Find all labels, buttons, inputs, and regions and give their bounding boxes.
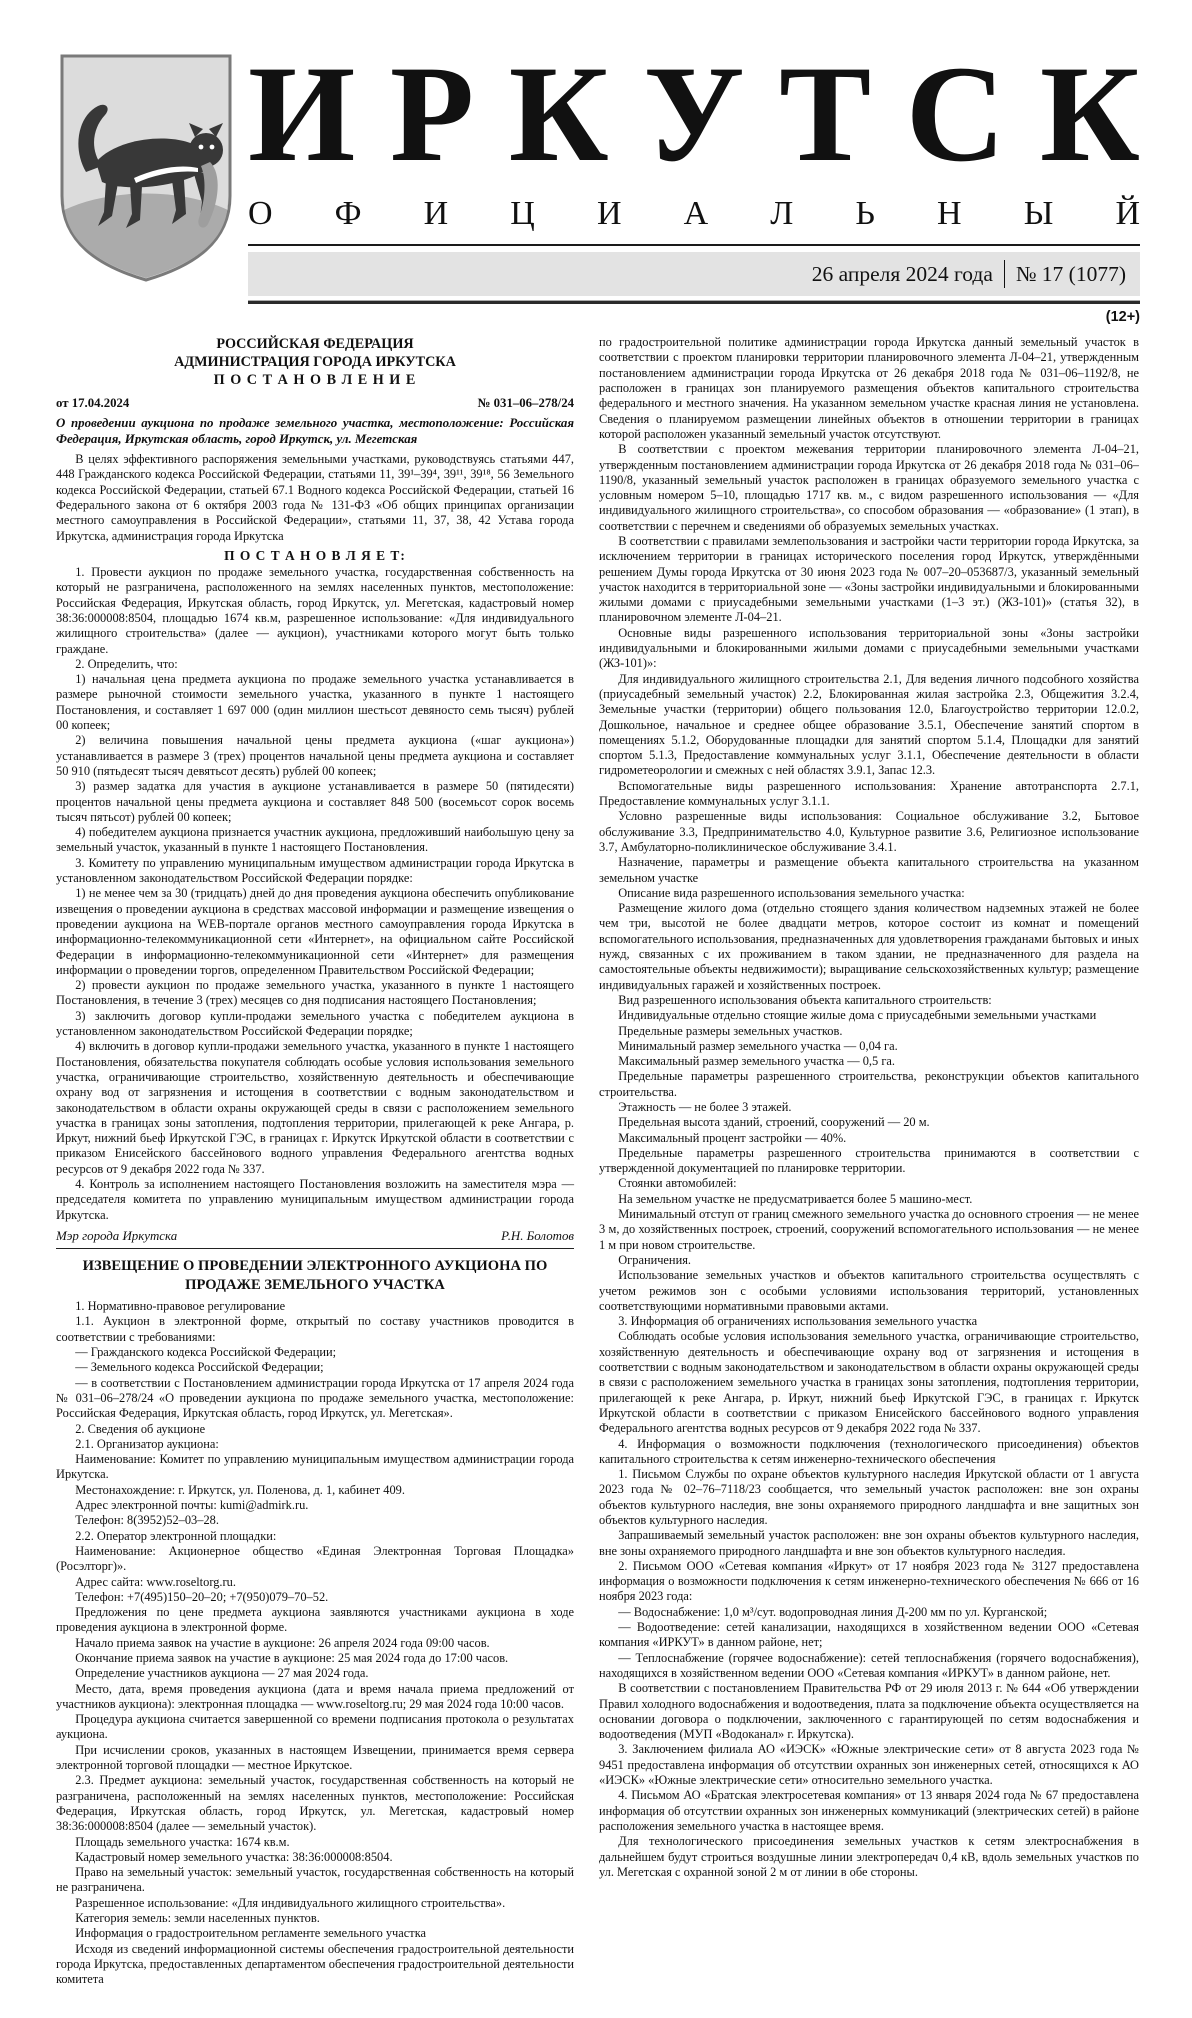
paragraph: Площадь земельного участка: 1674 кв.м.	[56, 1835, 574, 1850]
date-bar: 26 апреля 2024 года № 17 (1077)	[248, 252, 1140, 296]
paragraph: Вспомогательные виды разрешенного исполь…	[599, 779, 1139, 810]
paragraph: Местонахождение: г. Иркутск, ул. Поленов…	[56, 1483, 574, 1498]
signature-row: Мэр города Иркутска Р.Н. Болотов	[56, 1229, 574, 1244]
paragraph: 4) победителем аукциона признается участ…	[56, 825, 574, 856]
age-rating: (12+)	[56, 309, 1140, 325]
paragraph: Соблюдать особые условия использования з…	[599, 1329, 1139, 1436]
paragraph: 4. Информация о возможности подключения …	[599, 1437, 1139, 1468]
paragraph: 3. Комитету по управлению муниципальным …	[56, 856, 574, 887]
paragraph: Предложения по цене предмета аукциона за…	[56, 1605, 574, 1636]
paragraph: 2.1. Организатор аукциона:	[56, 1437, 574, 1452]
paragraph: 1. Письмом Службы по охране объектов кул…	[599, 1467, 1139, 1528]
decree-doc-type: П О С Т А Н О В Л Е Н И Е	[56, 371, 574, 389]
decree-authority: АДМИНИСТРАЦИЯ ГОРОДА ИРКУТСКА	[56, 353, 574, 371]
paragraph: — Водоснабжение: 1,0 м³/сут. водопроводн…	[599, 1605, 1139, 1620]
newspaper-subtitle: ОФИЦИАЛЬНЫЙ	[248, 195, 1140, 232]
paragraph: 2.2. Оператор электронной площадки:	[56, 1529, 574, 1544]
paragraph: 4. Письмом АО «Братская электросетевая к…	[599, 1788, 1139, 1834]
paragraph: Размещение жилого дома (отдельно стоящег…	[599, 901, 1139, 993]
paragraph: 4. Контроль за исполнением настоящего По…	[56, 1177, 574, 1223]
paragraph: 2. Письмом ООО «Сетевая компания «Иркут»…	[599, 1559, 1139, 1605]
masthead-rule	[248, 244, 1140, 246]
paragraph: Предельная высота зданий, строений, соор…	[599, 1115, 1139, 1130]
paragraph: Условно разрешенные виды использования: …	[599, 809, 1139, 855]
paragraph: Предельные размеры земельных участков.	[599, 1024, 1139, 1039]
paragraph: 4) включить в договор купли-продажи земе…	[56, 1039, 574, 1177]
paragraph: по градостроительной политике администра…	[599, 335, 1139, 442]
masthead: ИРКУТСК ОФИЦИАЛЬНЫЙ 26 апреля 2024 года …	[56, 50, 1140, 304]
paragraph: Стоянки автомобилей:	[599, 1176, 1139, 1191]
paragraph: Наименование: Акционерное общество «Един…	[56, 1544, 574, 1575]
paragraph: Назначение, параметры и размещение объек…	[599, 855, 1139, 886]
paragraph: Индивидуальные отдельно стоящие жилые до…	[599, 1008, 1139, 1023]
decree-number: № 031–06–278/24	[478, 396, 574, 411]
paragraph: 1) не менее чем за 30 (тридцать) дней до…	[56, 886, 574, 978]
paragraph: В соответствии с постановлением Правител…	[599, 1681, 1139, 1742]
notice-paragraphs: 1. Нормативно-правовое регулирование1.1.…	[56, 1299, 574, 1987]
date-separator	[1004, 260, 1005, 288]
issue-date: 26 апреля 2024 года	[812, 262, 993, 287]
paragraph: — Водоотведение: сетей канализации, нахо…	[599, 1620, 1139, 1651]
paragraph: Информация о градостроительном регламент…	[56, 1926, 574, 1941]
paragraph: Этажность — не более 3 этажей.	[599, 1100, 1139, 1115]
paragraph: — Теплоснабжение (горячее водоснабжение)…	[599, 1651, 1139, 1682]
paragraph: Адрес сайта: www.roseltorg.ru.	[56, 1575, 574, 1590]
paragraph: Минимальный размер земельного участка — …	[599, 1039, 1139, 1054]
newspaper-title: ИРКУТСК	[248, 44, 1140, 185]
issue-number: № 17 (1077)	[1016, 262, 1126, 287]
newspaper-page: ИРКУТСК ОФИЦИАЛЬНЫЙ 26 апреля 2024 года …	[0, 0, 1192, 2018]
paragraph: Место, дата, время проведения аукциона (…	[56, 1682, 574, 1713]
paragraph: Адрес электронной почты: kumi@admirk.ru.	[56, 1498, 574, 1513]
paragraph: 3) заключить договор купли-продажи земел…	[56, 1009, 574, 1040]
masthead-bottom-rule	[248, 300, 1140, 304]
notice-title: ИЗВЕЩЕНИЕ О ПРОВЕДЕНИИ ЭЛЕКТРОННОГО АУКЦ…	[64, 1257, 566, 1294]
paragraph: Минимальный отступ от границ смежного зе…	[599, 1207, 1139, 1253]
paragraph: 1. Нормативно-правовое регулирование	[56, 1299, 574, 1314]
paragraph: Право на земельный участок: земельный уч…	[56, 1865, 574, 1896]
paragraph: Использование земельных участков и объек…	[599, 1268, 1139, 1314]
paragraph: В соответствии с правилами землепользова…	[599, 534, 1139, 626]
paragraph: 1.1. Аукцион в электронной форме, открыт…	[56, 1314, 574, 1345]
paragraph: 3) размер задатка для участия в аукционе…	[56, 779, 574, 825]
paragraph: Вид разрешенного использования объекта к…	[599, 993, 1139, 1008]
paragraph: Наименование: Комитет по управлению муни…	[56, 1452, 574, 1483]
signature-name: Р.Н. Болотов	[501, 1229, 574, 1244]
paragraph: 2. Определить, что:	[56, 657, 574, 672]
paragraph: 2) провести аукцион по продаже земельног…	[56, 978, 574, 1009]
paragraph: Окончание приема заявок на участие в аук…	[56, 1651, 574, 1666]
paragraph: Для индивидуального жилищного строительс…	[599, 672, 1139, 779]
paragraph: Максимальный размер земельного участка —…	[599, 1054, 1139, 1069]
decree-meta: от 17.04.2024 № 031–06–278/24	[56, 396, 574, 411]
paragraph: В соответствии с проектом межевания терр…	[599, 442, 1139, 534]
decree-preamble: В целях эффективного распоряжения земель…	[56, 452, 574, 544]
paragraph: Для технологического присоединения земел…	[599, 1834, 1139, 1880]
paragraph: — в соответствии с Постановлением админи…	[56, 1376, 574, 1422]
paragraph: Телефон: +7(495)150–20–20; +7(950)079–70…	[56, 1590, 574, 1605]
coat-of-arms-icon	[56, 50, 236, 284]
paragraph: Начало приема заявок на участие в аукцио…	[56, 1636, 574, 1651]
paragraph: Запрашиваемый земельный участок располож…	[599, 1528, 1139, 1559]
signature-title: Мэр города Иркутска	[56, 1229, 177, 1244]
paragraph: 1) начальная цена предмета аукциона по п…	[56, 672, 574, 733]
paragraph: Описание вида разрешенного использования…	[599, 886, 1139, 901]
paragraph: Основные виды разрешенного использования…	[599, 626, 1139, 672]
paragraph: — Земельного кодекса Российской Федераци…	[56, 1360, 574, 1375]
paragraph: Телефон: 8(3952)52–03–28.	[56, 1513, 574, 1528]
paragraph: 2) величина повышения начальной цены пре…	[56, 733, 574, 779]
masthead-right: ИРКУТСК ОФИЦИАЛЬНЫЙ 26 апреля 2024 года …	[248, 50, 1140, 304]
decree-date: от 17.04.2024	[56, 396, 129, 411]
paragraph: 3. Заключением филиала АО «ИЭСК» «Южные …	[599, 1742, 1139, 1788]
paragraph: Максимальный процент застройки — 40%.	[599, 1131, 1139, 1146]
paragraph: Категория земель: земли населенных пункт…	[56, 1911, 574, 1926]
paragraph: — Гражданского кодекса Российской Федера…	[56, 1345, 574, 1360]
decree-country: РОССИЙСКАЯ ФЕДЕРАЦИЯ	[56, 335, 574, 353]
paragraph: Исходя из сведений информационной систем…	[56, 1942, 574, 1988]
continuation-paragraphs: по градостроительной политике администра…	[599, 335, 1139, 1880]
paragraph: При исчислении сроков, указанных в насто…	[56, 1743, 574, 1774]
paragraph: На земельном участке не предусматриваетс…	[599, 1192, 1139, 1207]
paragraph: 2.3. Предмет аукциона: земельный участок…	[56, 1773, 574, 1834]
paragraph: Предельные параметры разрешенного строит…	[599, 1146, 1139, 1177]
paragraph: Разрешенное использование: «Для индивиду…	[56, 1896, 574, 1911]
article-columns: РОССИЙСКАЯ ФЕДЕРАЦИЯ АДМИНИСТРАЦИЯ ГОРОД…	[56, 335, 1140, 1987]
paragraph: Ограничения.	[599, 1253, 1139, 1268]
decree-items: 1. Провести аукцион по продаже земельног…	[56, 565, 574, 1223]
decree-resolves-heading: П О С Т А Н О В Л Я Е Т:	[56, 548, 574, 563]
paragraph: Кадастровый номер земельного участка: 38…	[56, 1850, 574, 1865]
paragraph: Определение участников аукциона — 27 мая…	[56, 1666, 574, 1681]
paragraph: В целях эффективного распоряжения земель…	[56, 452, 574, 544]
paragraph: Процедура аукциона считается завершенной…	[56, 1712, 574, 1743]
section-divider	[56, 1248, 574, 1249]
paragraph: 1. Провести аукцион по продаже земельног…	[56, 565, 574, 657]
left-column: РОССИЙСКАЯ ФЕДЕРАЦИЯ АДМИНИСТРАЦИЯ ГОРОД…	[56, 335, 574, 1987]
decree-subject: О проведении аукциона по продаже земельн…	[56, 416, 574, 448]
paragraph: 3. Информация об ограничениях использова…	[599, 1314, 1139, 1329]
paragraph: Предельные параметры разрешенного строит…	[599, 1069, 1139, 1100]
right-column: по градостроительной политике администра…	[599, 335, 1139, 1987]
paragraph: 2. Сведения об аукционе	[56, 1422, 574, 1437]
irkutsk-coat-of-arms-logo	[56, 50, 236, 284]
